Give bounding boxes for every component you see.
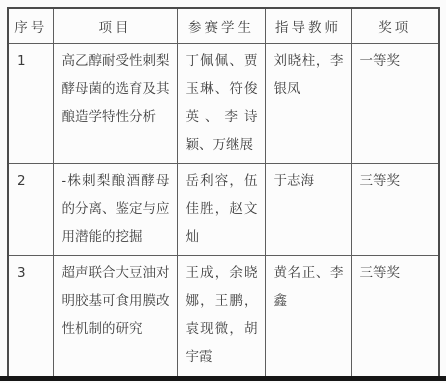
table-row: 2 -株刺梨酿酒酵母的分离、鉴定与应用潜能的挖掘 岳利容，伍佳胜，赵文灿 于志海… xyxy=(8,163,439,255)
column-header-students: 参赛学生 xyxy=(177,8,265,43)
table-header-row: 序号 项目 参赛学生 指导教师 奖项 xyxy=(8,8,439,43)
project-cell: 高乙醇耐受性刺梨酵母菌的选育及其酿造学特性分析 xyxy=(53,43,177,163)
teachers-cell: 刘晓柱，李银凤 xyxy=(265,43,351,163)
students-cell: 丁佩佩、贾玉琳、符俊英、李诗颖、万继展 xyxy=(177,43,265,163)
row-number-cell: 2 xyxy=(8,163,53,255)
table-row: 1 高乙醇耐受性刺梨酵母菌的选育及其酿造学特性分析 丁佩佩、贾玉琳、符俊英、李诗… xyxy=(8,43,439,163)
awards-table: 序号 项目 参赛学生 指导教师 奖项 1 高乙醇耐受性刺梨酵母菌的选育及其酿造学… xyxy=(7,7,440,378)
table-row: 3 超声联合大豆油对明胶基可食用膜改性机制的研究 王成，余晓娜，王鹏，袁现微，胡… xyxy=(8,255,439,377)
award-cell: 一等奖 xyxy=(351,43,439,163)
column-header-no: 序号 xyxy=(8,8,53,43)
project-cell: -株刺梨酿酒酵母的分离、鉴定与应用潜能的挖掘 xyxy=(53,163,177,255)
row-number-cell: 1 xyxy=(8,43,53,163)
column-header-award: 奖项 xyxy=(351,8,439,43)
students-cell: 岳利容，伍佳胜，赵文灿 xyxy=(177,163,265,255)
column-header-project: 项目 xyxy=(53,8,177,43)
students-cell: 王成，余晓娜，王鹏，袁现微，胡宇霞 xyxy=(177,255,265,377)
column-header-teachers: 指导教师 xyxy=(265,8,351,43)
award-cell: 三等奖 xyxy=(351,163,439,255)
document-page: 序号 项目 参赛学生 指导教师 奖项 1 高乙醇耐受性刺梨酵母菌的选育及其酿造学… xyxy=(0,0,446,383)
row-number-cell: 3 xyxy=(8,255,53,377)
award-cell: 三等奖 xyxy=(351,255,439,377)
bottom-divider-bar xyxy=(0,376,446,381)
teachers-cell: 于志海 xyxy=(265,163,351,255)
teachers-cell: 黄名正、李鑫 xyxy=(265,255,351,377)
project-cell: 超声联合大豆油对明胶基可食用膜改性机制的研究 xyxy=(53,255,177,377)
